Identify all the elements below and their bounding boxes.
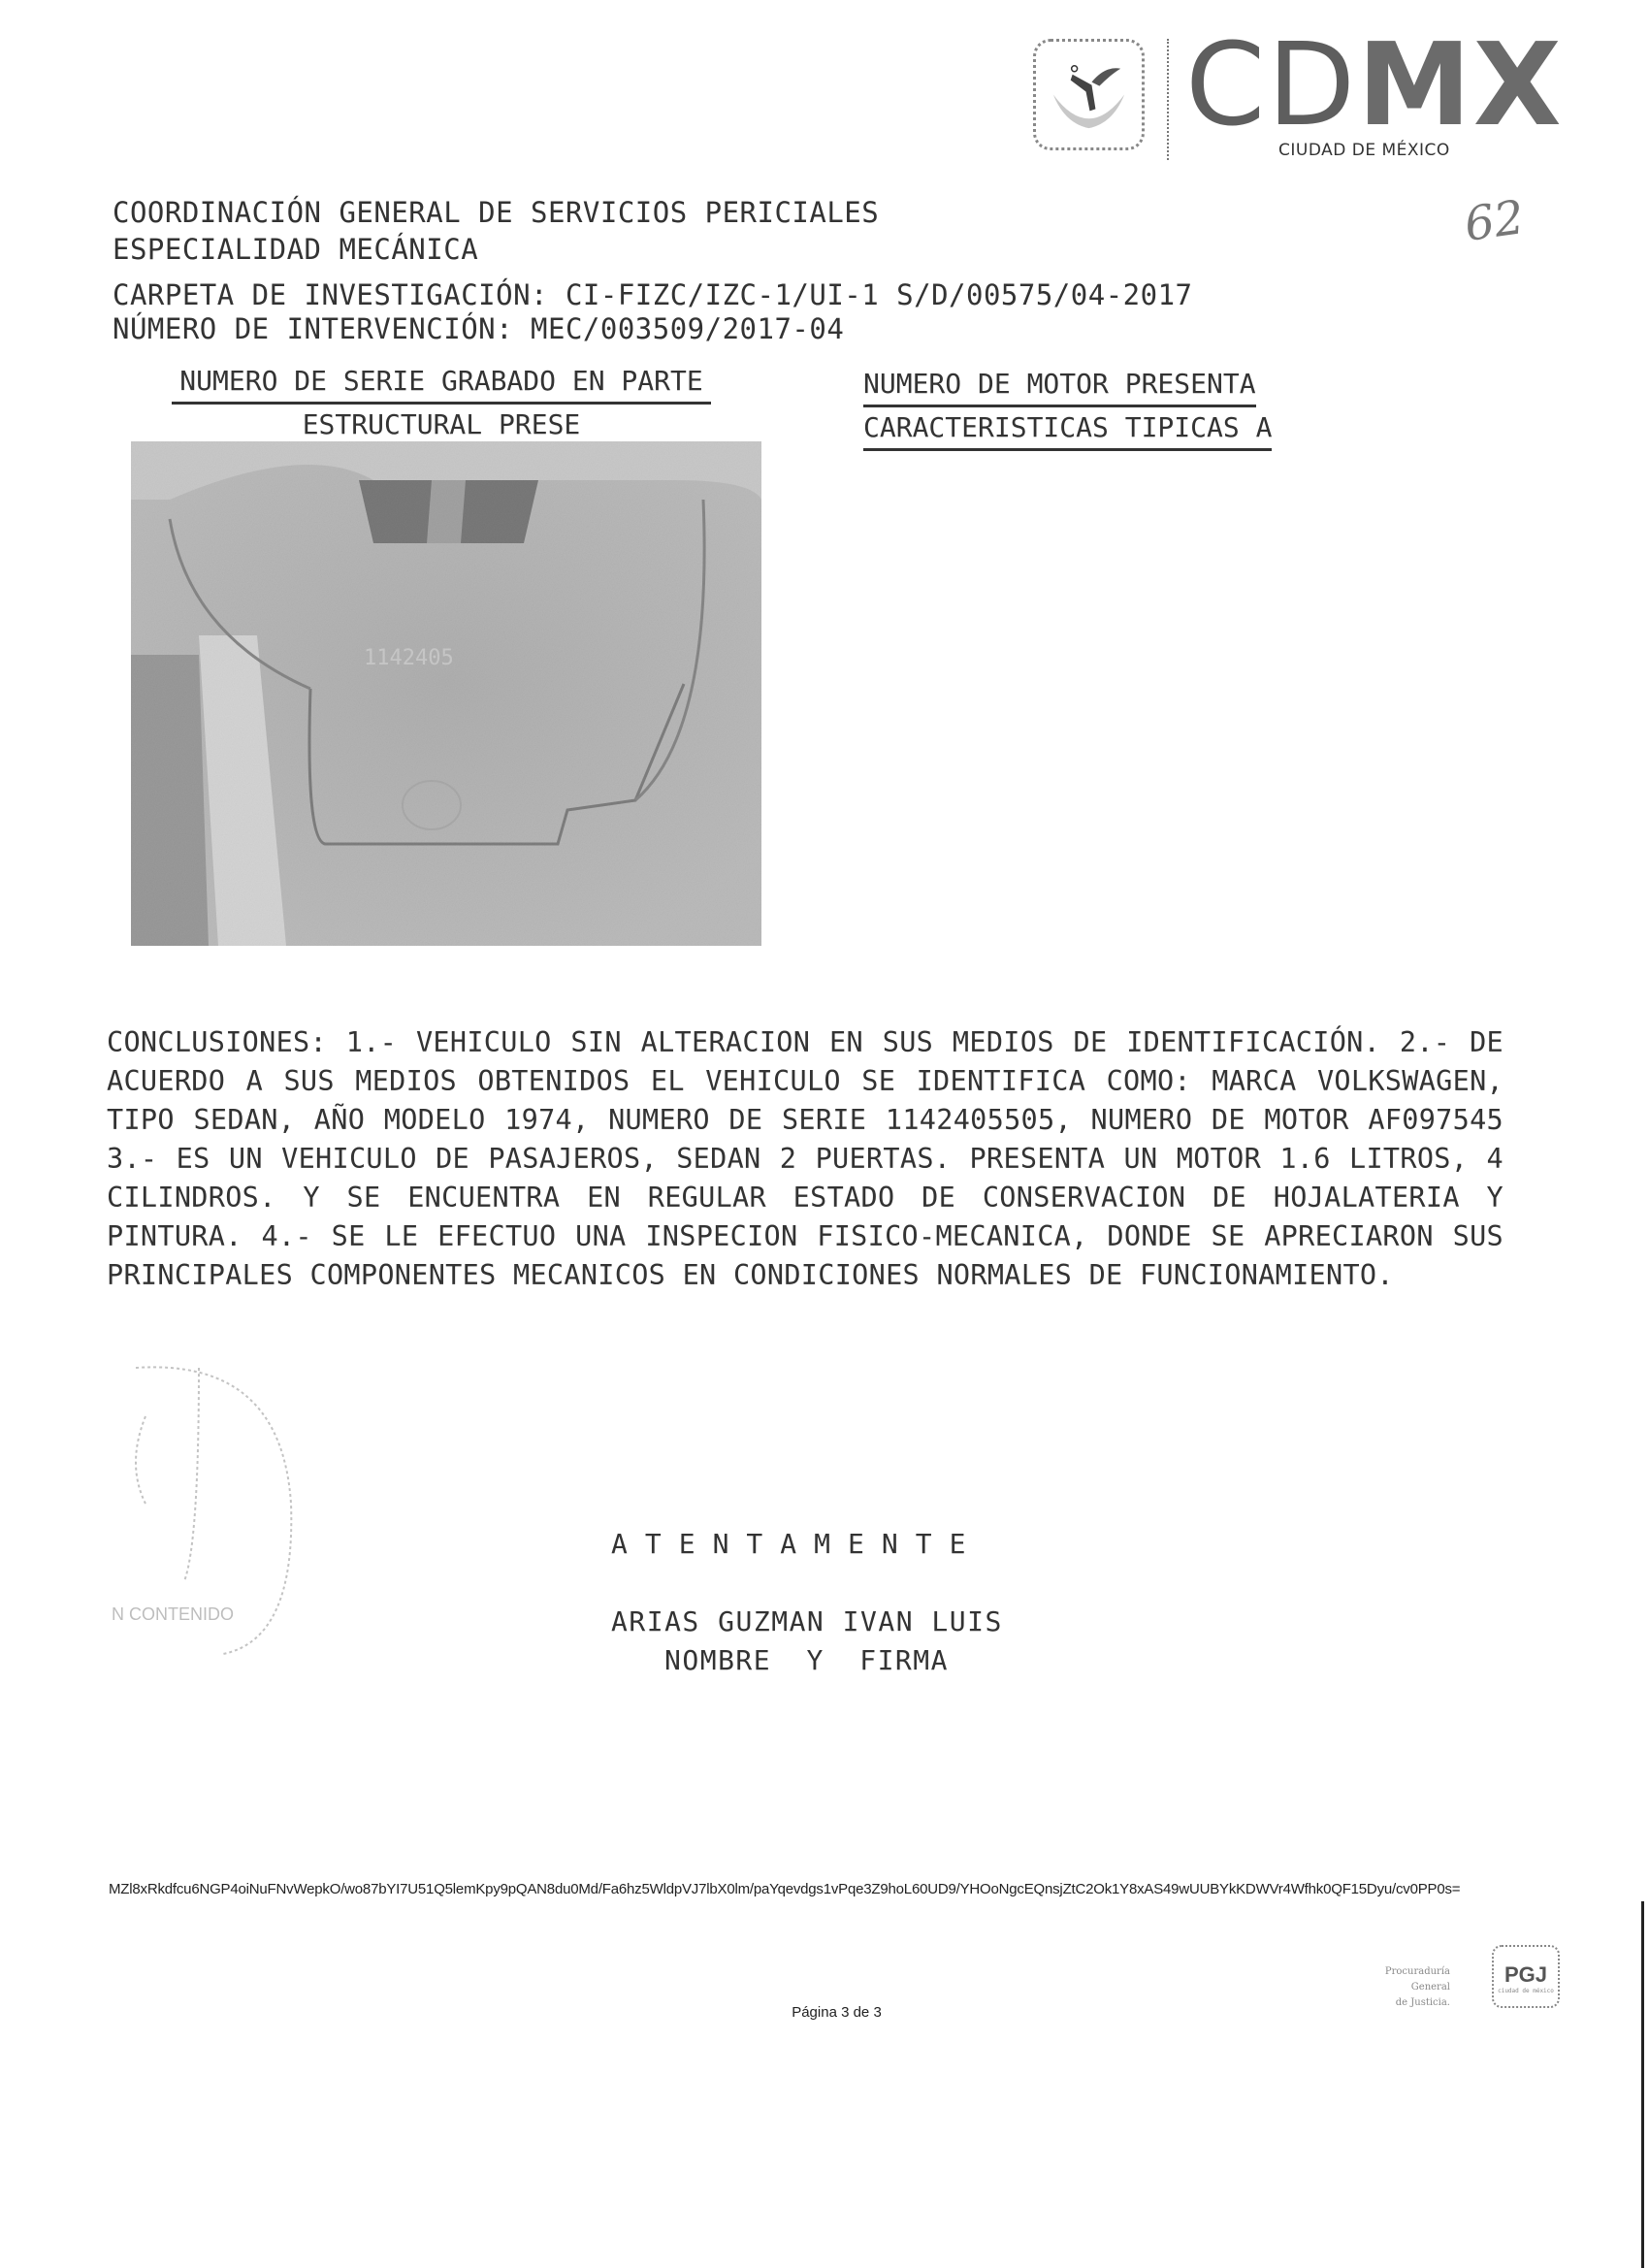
- pgj-label-line: Procuraduría General: [1358, 1964, 1450, 1995]
- handwritten-page-number: 62: [1461, 190, 1527, 252]
- document-hash: MZl8xRkdfcu6NGP4oiNuFNvWepkO/wo87bYI7U51…: [109, 1879, 1583, 1900]
- closing-text: ATENTAMENTE: [611, 1528, 983, 1560]
- page-number: Página 3 de 3: [0, 2004, 1649, 2021]
- caption-line: CARACTERISTICAS TIPICAS A: [863, 407, 1272, 451]
- pgj-logo-text: PGJ: [1494, 1962, 1558, 1988]
- logo-letter-x: X: [1473, 17, 1564, 151]
- caption-line: NUMERO DE MOTOR PRESENTA: [863, 364, 1256, 407]
- pgj-logo: PGJ ciudad de méxico: [1492, 1945, 1560, 2008]
- header-specialty: ESPECIALIDAD MECÁNICA: [113, 233, 478, 266]
- photo-caption-motor: NUMERO DE MOTOR PRESENTA CARACTERISTICAS…: [863, 364, 1348, 451]
- logo-divider: [1167, 39, 1169, 160]
- serial-number-photo: 1142405: [131, 441, 761, 946]
- logo-subtitle: CIUDAD DE MÉXICO: [1278, 141, 1450, 160]
- logo-letter-c: C: [1185, 17, 1267, 151]
- header-intervention-number: NÚMERO DE INTERVENCIÓN: MEC/003509/2017-…: [113, 312, 844, 345]
- logo-letter-d: D: [1267, 17, 1357, 151]
- pgj-logo-subtitle: ciudad de méxico: [1494, 1988, 1558, 1994]
- cdmx-emblem-logo: [1033, 39, 1145, 150]
- cdmx-wordmark: CDMX: [1185, 27, 1564, 142]
- page-number-label: Página 3 de 3: [792, 2004, 882, 2021]
- svg-text:N CONTENIDO: N CONTENIDO: [112, 1604, 234, 1624]
- angel-emblem-icon: [1036, 42, 1142, 147]
- scan-edge: [1641, 1901, 1644, 2268]
- signature-label: NOMBRE Y FIRMA: [664, 1644, 949, 1676]
- header-investigation-folder: CARPETA DE INVESTIGACIÓN: CI-FIZC/IZC-1/…: [113, 278, 1193, 311]
- signer-name: ARIAS GUZMAN IVAN LUIS: [611, 1605, 1003, 1637]
- faint-stamp: N CONTENIDO: [107, 1348, 306, 1659]
- photo-caption-serial: NUMERO DE SERIE GRABADO EN PARTE ESTRUCT…: [131, 361, 752, 448]
- caption-line: NUMERO DE SERIE GRABADO EN PARTE: [172, 361, 710, 405]
- logo-letter-m: M: [1357, 17, 1472, 151]
- header-coordination: COORDINACIÓN GENERAL DE SERVICIOS PERICI…: [113, 196, 879, 229]
- conclusions-paragraph: CONCLUSIONES: 1.- VEHICULO SIN ALTERACIO…: [107, 1023, 1503, 1295]
